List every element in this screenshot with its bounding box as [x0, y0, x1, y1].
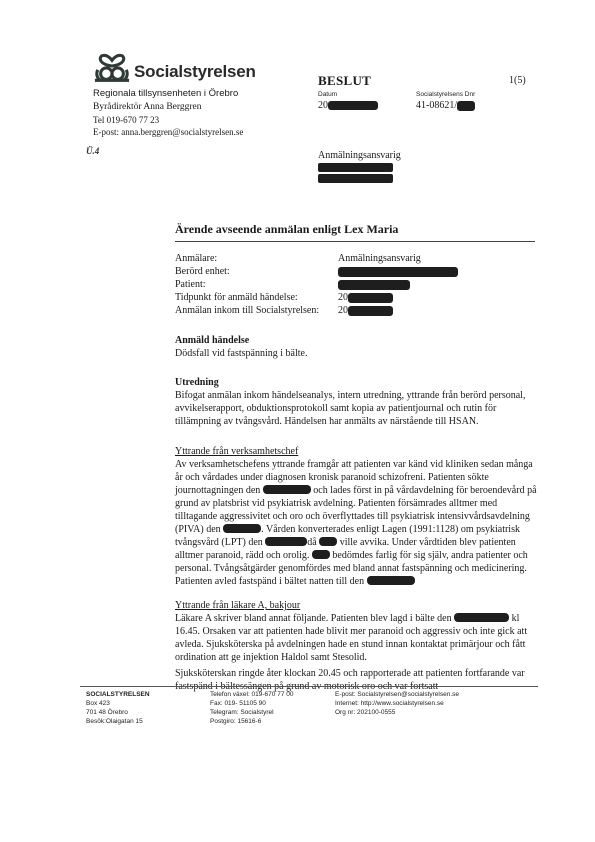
page-title: Ärende avseende anmälan enligt Lex Maria — [175, 222, 398, 237]
divider — [175, 241, 535, 242]
page-number: 1(5) — [509, 75, 526, 86]
footer-divider — [80, 686, 538, 687]
section-heading: Yttrande från verksamhetschef — [175, 445, 540, 458]
field-value-reporter: Anmälningsansvarig — [338, 253, 421, 265]
org-logo: Socialstyrelsen — [93, 50, 256, 84]
redaction — [263, 485, 311, 494]
section-text: Bifogat anmälan inkom händelseanalys, in… — [175, 389, 540, 428]
field-value-patient — [338, 279, 410, 291]
redaction — [318, 174, 393, 183]
redaction — [319, 537, 337, 546]
section-text: Dödsfall vid fastspänning i bälte. — [175, 347, 540, 360]
section-heading: Anmäld händelse — [175, 334, 540, 347]
redaction — [338, 280, 410, 290]
footer-address: SOCIALSTYRELSEN Box 423 701 48 Örebro Be… — [86, 690, 150, 726]
section-manager-statement: Yttrande från verksamhetschef Av verksam… — [175, 445, 540, 588]
redaction — [367, 576, 415, 585]
field-label-event-time: Tidpunkt för anmäld händelse: — [175, 292, 298, 304]
date-value: 20 — [318, 100, 378, 111]
handwritten-mark: Ü.4 — [86, 146, 99, 156]
field-value-received: 20 — [338, 305, 393, 317]
redaction — [328, 101, 378, 110]
recipient-title: Anmälningsansvarig — [318, 150, 401, 161]
section-text: Läkare A skriver bland annat följande. P… — [175, 612, 540, 664]
director-phone: Tel 019-670 77 23 — [93, 115, 159, 125]
field-label-patient: Patient: — [175, 279, 206, 291]
date-label: Datum — [318, 91, 337, 98]
redaction — [454, 613, 509, 622]
redaction — [312, 550, 330, 559]
director-name: Byrådirektör Anna Berggren — [93, 102, 202, 112]
section-heading: Yttrande från läkare A, bakjour — [175, 599, 540, 612]
document-type: BESLUT — [318, 73, 371, 89]
region-unit: Regionala tillsynsenheten i Örebro — [93, 88, 238, 99]
field-label-unit: Berörd enhet: — [175, 266, 230, 278]
redaction — [223, 524, 261, 533]
director-email: E-post: anna.berggren@socialstyrelsen.se — [93, 127, 243, 137]
field-label-received: Anmälan inkom till Socialstyrelsen: — [175, 305, 319, 317]
redaction — [318, 163, 393, 172]
redaction — [457, 101, 475, 111]
field-value-unit — [338, 266, 458, 278]
footer-phone: Telefon växel: 019-670 77 00 Fax: 019- 5… — [210, 690, 293, 726]
field-value-event-time: 20 — [338, 292, 393, 304]
redaction — [265, 537, 307, 546]
dnr-value: 41-08621/ — [416, 100, 475, 111]
section-doctor-statement: Yttrande från läkare A, bakjour Läkare A… — [175, 599, 540, 693]
redaction — [348, 293, 393, 303]
section-reported-event: Anmäld händelse Dödsfall vid fastspännin… — [175, 334, 540, 360]
socialstyrelsen-logo-icon — [93, 50, 131, 84]
org-name: Socialstyrelsen — [134, 62, 256, 82]
footer-contact: E-post: Socialstyrelsen@socialstyrelsen.… — [335, 690, 459, 717]
section-text: Av verksamhetschefens yttrande framgår a… — [175, 458, 540, 588]
section-investigation: Utredning Bifogat anmälan inkom händelse… — [175, 376, 540, 428]
section-heading: Utredning — [175, 376, 540, 389]
field-label-reporter: Anmälare: — [175, 253, 217, 265]
redaction — [338, 267, 458, 277]
dnr-label: Socialstyrelsens Dnr — [416, 91, 475, 98]
redaction — [348, 306, 393, 316]
